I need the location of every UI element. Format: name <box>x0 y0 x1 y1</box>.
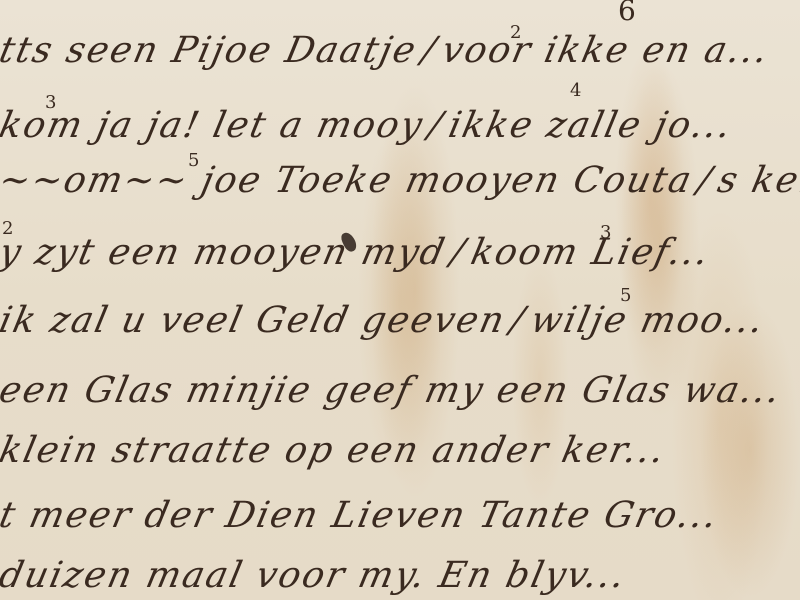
line-text: voor ikke en a... <box>438 30 773 71</box>
manuscript-line-1: tts seen Pijoe Daatje/voor ikke en a... <box>0 30 773 71</box>
manuscript-line-3: ~~om~~ joe Toeke mooyen Couta/s ken... <box>0 160 800 201</box>
age-stain <box>700 300 800 600</box>
line-text: ~~om~~ joe Toeke mooyen Couta <box>0 160 697 201</box>
line-number: 4 <box>570 80 581 101</box>
manuscript-line-8: t meer der Dien Lieven Tante Gro... <box>0 495 722 536</box>
line-text: koom Lief... <box>467 232 714 273</box>
line-text: tts seen Pijoe Daatje <box>0 30 421 71</box>
manuscript-line-2: kom ja ja! let a mooy/ikke zalle jo... <box>0 105 736 146</box>
manuscript-line-6: een Glas minjie geef my een Glas wa... <box>0 370 785 411</box>
line-text: wilje moo... <box>527 300 769 341</box>
line-text: ikke zalle jo... <box>445 105 736 146</box>
line-text: klein straatte op een ander ker... <box>0 430 670 471</box>
manuscript-line-9: duizen maal voor my. En blyv... <box>0 555 630 596</box>
line-number: 2 <box>510 22 521 43</box>
line-text: y zyt een mooyen myd <box>0 232 450 273</box>
line-text: kom ja ja! let a mooy <box>0 105 427 146</box>
manuscript-line-5: ik zal u veel Geld geeven/wilje moo... <box>0 300 769 341</box>
line-text: s ken... <box>714 160 800 201</box>
manuscript-line-7: klein straatte op een ander ker... <box>0 430 670 471</box>
line-text: ik zal u veel Geld geeven <box>0 300 510 341</box>
line-text: t meer der Dien Lieven Tante Gro... <box>0 495 722 536</box>
line-text: een Glas minjie geef my een Glas wa... <box>0 370 785 411</box>
line-text: duizen maal voor my. En blyv... <box>0 555 630 596</box>
top-fragment: 6 <box>618 0 636 27</box>
manuscript-line-4: y zyt een mooyen myd/koom Lief... <box>0 232 714 273</box>
